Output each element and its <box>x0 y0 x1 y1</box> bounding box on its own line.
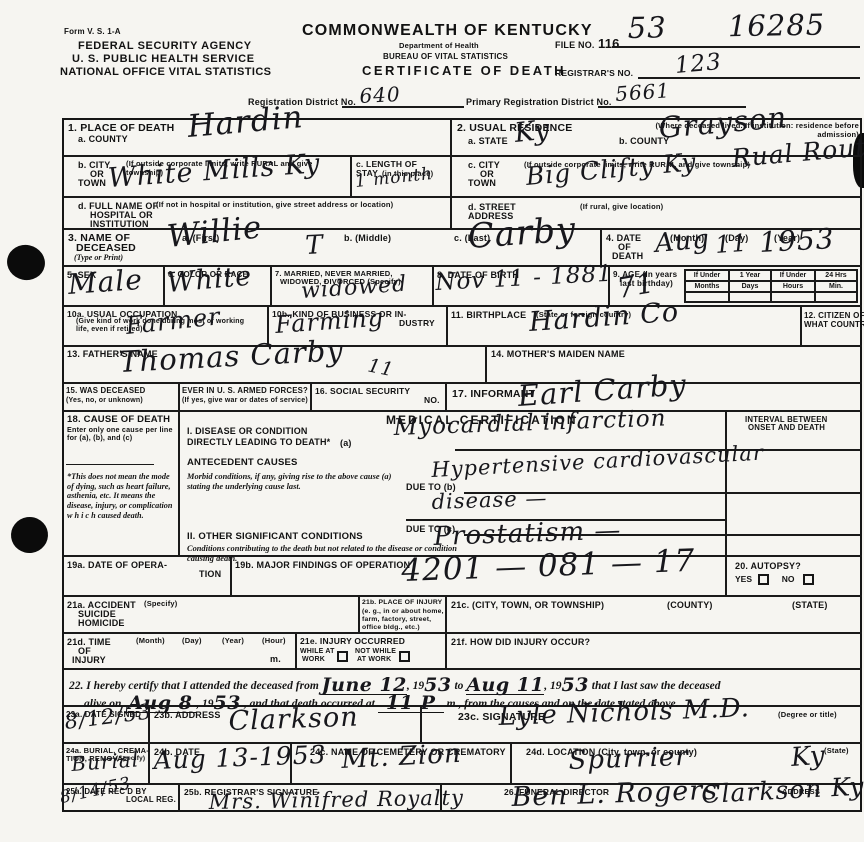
age-col-h2: Hours <box>772 282 814 293</box>
cause-note-divider <box>66 464 154 465</box>
registrar-no-label: REGISTRAR'S NO. <box>555 69 633 79</box>
registrar-no-line <box>638 77 860 79</box>
residence-state-value: Ky <box>513 116 551 147</box>
cause-of-death-cell: 18. CAUSE OF DEATH Enter only one cause … <box>64 412 180 557</box>
age-col-h1: If Under <box>772 271 814 282</box>
injury-location-cell: 21c. (CITY, TOWN, OR TOWNSHIP) (COUNTY) … <box>447 597 862 634</box>
death-year-value: 1953 <box>759 225 836 257</box>
bureau-vital-statistics: BUREAU OF VITAL STATISTICS <box>383 52 508 61</box>
hospital-note: (If not in hospital or institution, give… <box>156 201 446 210</box>
while-at-work-checkbox <box>337 651 348 662</box>
how-injury-label: 21f. HOW DID INJURY OCCUR? <box>451 637 590 647</box>
not-while-label-1: NOT WHILE <box>355 648 396 656</box>
registrar-signature-value: Mrs. Winifred Royalty <box>209 788 464 813</box>
interval-line-c <box>727 534 860 536</box>
disease-label-1: I. DISEASE OR CONDITION <box>187 426 308 436</box>
middle-name-label: b. (Middle) <box>344 233 391 243</box>
commonwealth-title: COMMONWEALTH OF KENTUCKY <box>302 22 593 40</box>
reg-district-value: 640 <box>359 84 401 106</box>
cause-of-death-note: *This does not mean the mode of dying, s… <box>67 472 175 520</box>
antecedent-label: ANTECEDENT CAUSES <box>187 458 298 469</box>
reg-district-line <box>342 106 464 108</box>
age-under-table: If UnderMonths 1 YearDays If UnderHours … <box>684 269 858 303</box>
age-col-h1: 1 Year <box>730 271 770 282</box>
street-address-note: (If rural, give location) <box>580 203 663 212</box>
cemetery-value: Mt. Zion <box>341 741 463 773</box>
other-conditions-value: Prostatism — <box>433 517 622 550</box>
middle-name-value: T <box>305 232 325 259</box>
place-of-death-title: 1. PLACE OF DEATH <box>68 122 174 134</box>
birthplace-label: 11. BIRTHPLACE <box>451 310 526 320</box>
armed-forces-label-2: EVER IN U. S. ARMED FORCES? <box>182 387 308 396</box>
burial-location-state-label: (State) <box>824 747 849 756</box>
file-no-prefix: 116 <box>598 37 620 52</box>
age-col-h1: 24 Hrs <box>816 271 856 282</box>
accident-cell: 21a. ACCIDENT (Specify) SUICIDE HOMICIDE <box>64 597 360 634</box>
certificate-form: 1. PLACE OF DEATH a. COUNTY 2. USUAL RES… <box>62 118 862 812</box>
injury-state-label: (STATE) <box>792 600 828 610</box>
file-no-label: FILE NO. <box>555 40 595 50</box>
burial-value: Burial <box>71 749 140 774</box>
last-name-value: Carby <box>467 213 578 254</box>
county-label: a. COUNTY <box>78 134 128 144</box>
interval-cell: INTERVAL BETWEEN ONSET AND DEATH <box>727 412 862 557</box>
cause-of-death-sub: Enter only one cause per line for (a), (… <box>67 426 173 443</box>
date-of-death-label-3: DEATH <box>612 251 643 261</box>
autopsy-no-label: NO <box>782 574 795 584</box>
age-col-h2: Min. <box>816 282 856 293</box>
hole-punch-top <box>4 241 48 283</box>
disease-label-2: DIRECTLY LEADING TO DEATH* <box>187 437 330 447</box>
how-injury-cell: 21f. HOW DID INJURY OCCUR? <box>447 634 862 670</box>
primary-district-value: 5661 <box>615 80 671 104</box>
place-of-injury-label: 21b. PLACE OF INJURY <box>362 599 444 607</box>
burial-location-state-value: Ky <box>790 743 826 771</box>
burial-location-value: Spurrier <box>568 744 689 774</box>
injury-occurred-label: 21e. INJURY OCCURRED <box>300 637 405 647</box>
injury-day-label: (Day) <box>182 637 202 646</box>
city-label-3: TOWN <box>78 178 106 188</box>
morbid-note: Morbid conditions, if any, giving rise t… <box>187 472 395 492</box>
dept-of-health: Department of Health <box>399 42 479 51</box>
injury-year-label: (Year) <box>222 637 244 646</box>
age-col-h2: Months <box>686 282 728 293</box>
ssn-label-1: 16. SOCIAL SECURITY <box>315 387 410 397</box>
place-of-injury-cell: 21b. PLACE OF INJURY (e. g., in or about… <box>360 597 447 634</box>
injury-county-label: (COUNTY) <box>667 600 713 610</box>
sex-value: Male <box>67 266 144 299</box>
age-col-h2: Days <box>730 282 770 293</box>
date-received-label-2: LOCAL REG. <box>126 796 176 805</box>
injury-city-label: 21c. (CITY, TOWN, OR TOWNSHIP) <box>451 600 604 610</box>
time-of-injury-cell: 21d. TIME OF INJURY (Month) (Day) (Year)… <box>64 634 297 670</box>
physician-address-label: 23b. ADDRESS <box>154 710 221 720</box>
date-of-operation-cell: 19a. DATE OF OPERA- TION <box>64 557 232 597</box>
residence-city-label-3: TOWN <box>468 178 496 188</box>
other-conditions-label: II. OTHER SIGNIFICANT CONDITIONS <box>187 532 363 543</box>
hospital-label-3: INSTITUTION <box>90 219 149 229</box>
citizen-cell: 12. CITIZEN OF WHAT COUNTRY? <box>802 307 862 347</box>
death-certificate-scan: Form V. S. 1-A FEDERAL SECURITY AGENCY U… <box>0 0 864 842</box>
ssn-label-2: NO. <box>424 396 440 406</box>
armed-forces-cell-a: 15. WAS DECEASED (Yes, no, or unknown) <box>64 384 180 412</box>
accident-note: (Specify) <box>144 600 177 609</box>
state-label: a. STATE <box>468 136 508 146</box>
autopsy-yes-checkbox <box>758 574 769 585</box>
injury-month-label: (Month) <box>136 637 165 646</box>
ssn-cell: 16. SOCIAL SECURITY NO. <box>312 384 447 412</box>
place-of-injury-note: (e. g., in or about home, farm, factory,… <box>362 608 444 631</box>
hole-punch-bottom <box>9 515 51 556</box>
citizen-label-1: 12. CITIZEN OF <box>804 311 864 320</box>
race-value: White <box>166 263 254 297</box>
death-month-value: Aug <box>654 226 711 257</box>
operation-label-2: TION <box>199 569 221 579</box>
burial-date-value: Aug 13-1953 <box>153 742 327 773</box>
armed-forces-note-2: (If yes, give war or dates of service) <box>182 397 308 405</box>
time-of-injury-label-3: INJURY <box>72 655 106 665</box>
interval-label-2: ONSET AND DEATH <box>748 424 825 433</box>
autopsy-label: 20. AUTOPSY? <box>735 561 801 571</box>
autopsy-options: YES NO <box>735 574 814 585</box>
death-day-value: 11 <box>714 231 748 257</box>
agency-line-3: NATIONAL OFFICE VITAL STATISTICS <box>60 66 271 79</box>
signature-degree-note: (Degree or title) <box>778 711 837 720</box>
certificate-of-death-title: CERTIFICATE OF DEATH <box>362 64 566 79</box>
form-number: Form V. S. 1-A <box>64 27 121 36</box>
major-findings-label: 19b. MAJOR FINDINGS OF OPERATION <box>235 560 410 570</box>
agency-line-1: FEDERAL SECURITY AGENCY <box>78 40 252 53</box>
name-title-note: (Type or Print) <box>74 253 123 263</box>
physician-address-value: Clarkson <box>228 703 359 735</box>
operation-label-1: 19a. DATE OF OPERA- <box>67 560 167 570</box>
not-while-label-2: AT WORK <box>357 656 391 664</box>
armed-forces-label-1: 15. WAS DECEASED <box>66 387 145 396</box>
accident-label-3: HOMICIDE <box>78 618 125 628</box>
registrar-no-value: 123 <box>674 51 723 78</box>
funeral-director-value: Ben L. Rogers <box>511 777 718 811</box>
autopsy-cell: 20. AUTOPSY? YES NO <box>727 557 862 597</box>
while-at-work-label-1: WHILE AT <box>300 648 335 656</box>
armed-forces-note-1: (Yes, no, or unknown) <box>66 397 143 405</box>
disease-a-tag: (a) <box>340 438 352 448</box>
mother-name-label: 14. MOTHER'S MAIDEN NAME <box>491 349 625 359</box>
autopsy-yes-label: YES <box>735 574 752 584</box>
business-label-2: DUSTRY <box>399 319 435 329</box>
injury-occurred-cell: 21e. INJURY OCCURRED WHILE AT WORK NOT W… <box>297 634 447 670</box>
primary-district-label: Primary Registration District No. <box>466 97 612 107</box>
business-value: Farming <box>274 305 384 337</box>
autopsy-no-checkbox <box>803 574 814 585</box>
while-at-work-label-2: WORK <box>302 656 325 664</box>
interval-line-b <box>727 492 860 494</box>
father-name-marks: 11 <box>366 356 396 380</box>
injury-hour-label: (Hour) <box>262 637 286 646</box>
file-no-value: 53 16285 <box>627 11 825 43</box>
not-while-at-work-checkbox <box>399 651 410 662</box>
armed-forces-cell-b: EVER IN U. S. ARMED FORCES? (If yes, giv… <box>180 384 312 412</box>
agency-line-2: U. S. PUBLIC HEALTH SERVICE <box>72 53 255 66</box>
injury-m-label: m. <box>270 654 281 664</box>
age-col-h1: If Under <box>686 271 728 282</box>
cause-b-value-2: disease — <box>431 488 547 513</box>
citizen-label-2: WHAT COUNTRY? <box>804 320 864 329</box>
file-no-line <box>612 46 860 48</box>
